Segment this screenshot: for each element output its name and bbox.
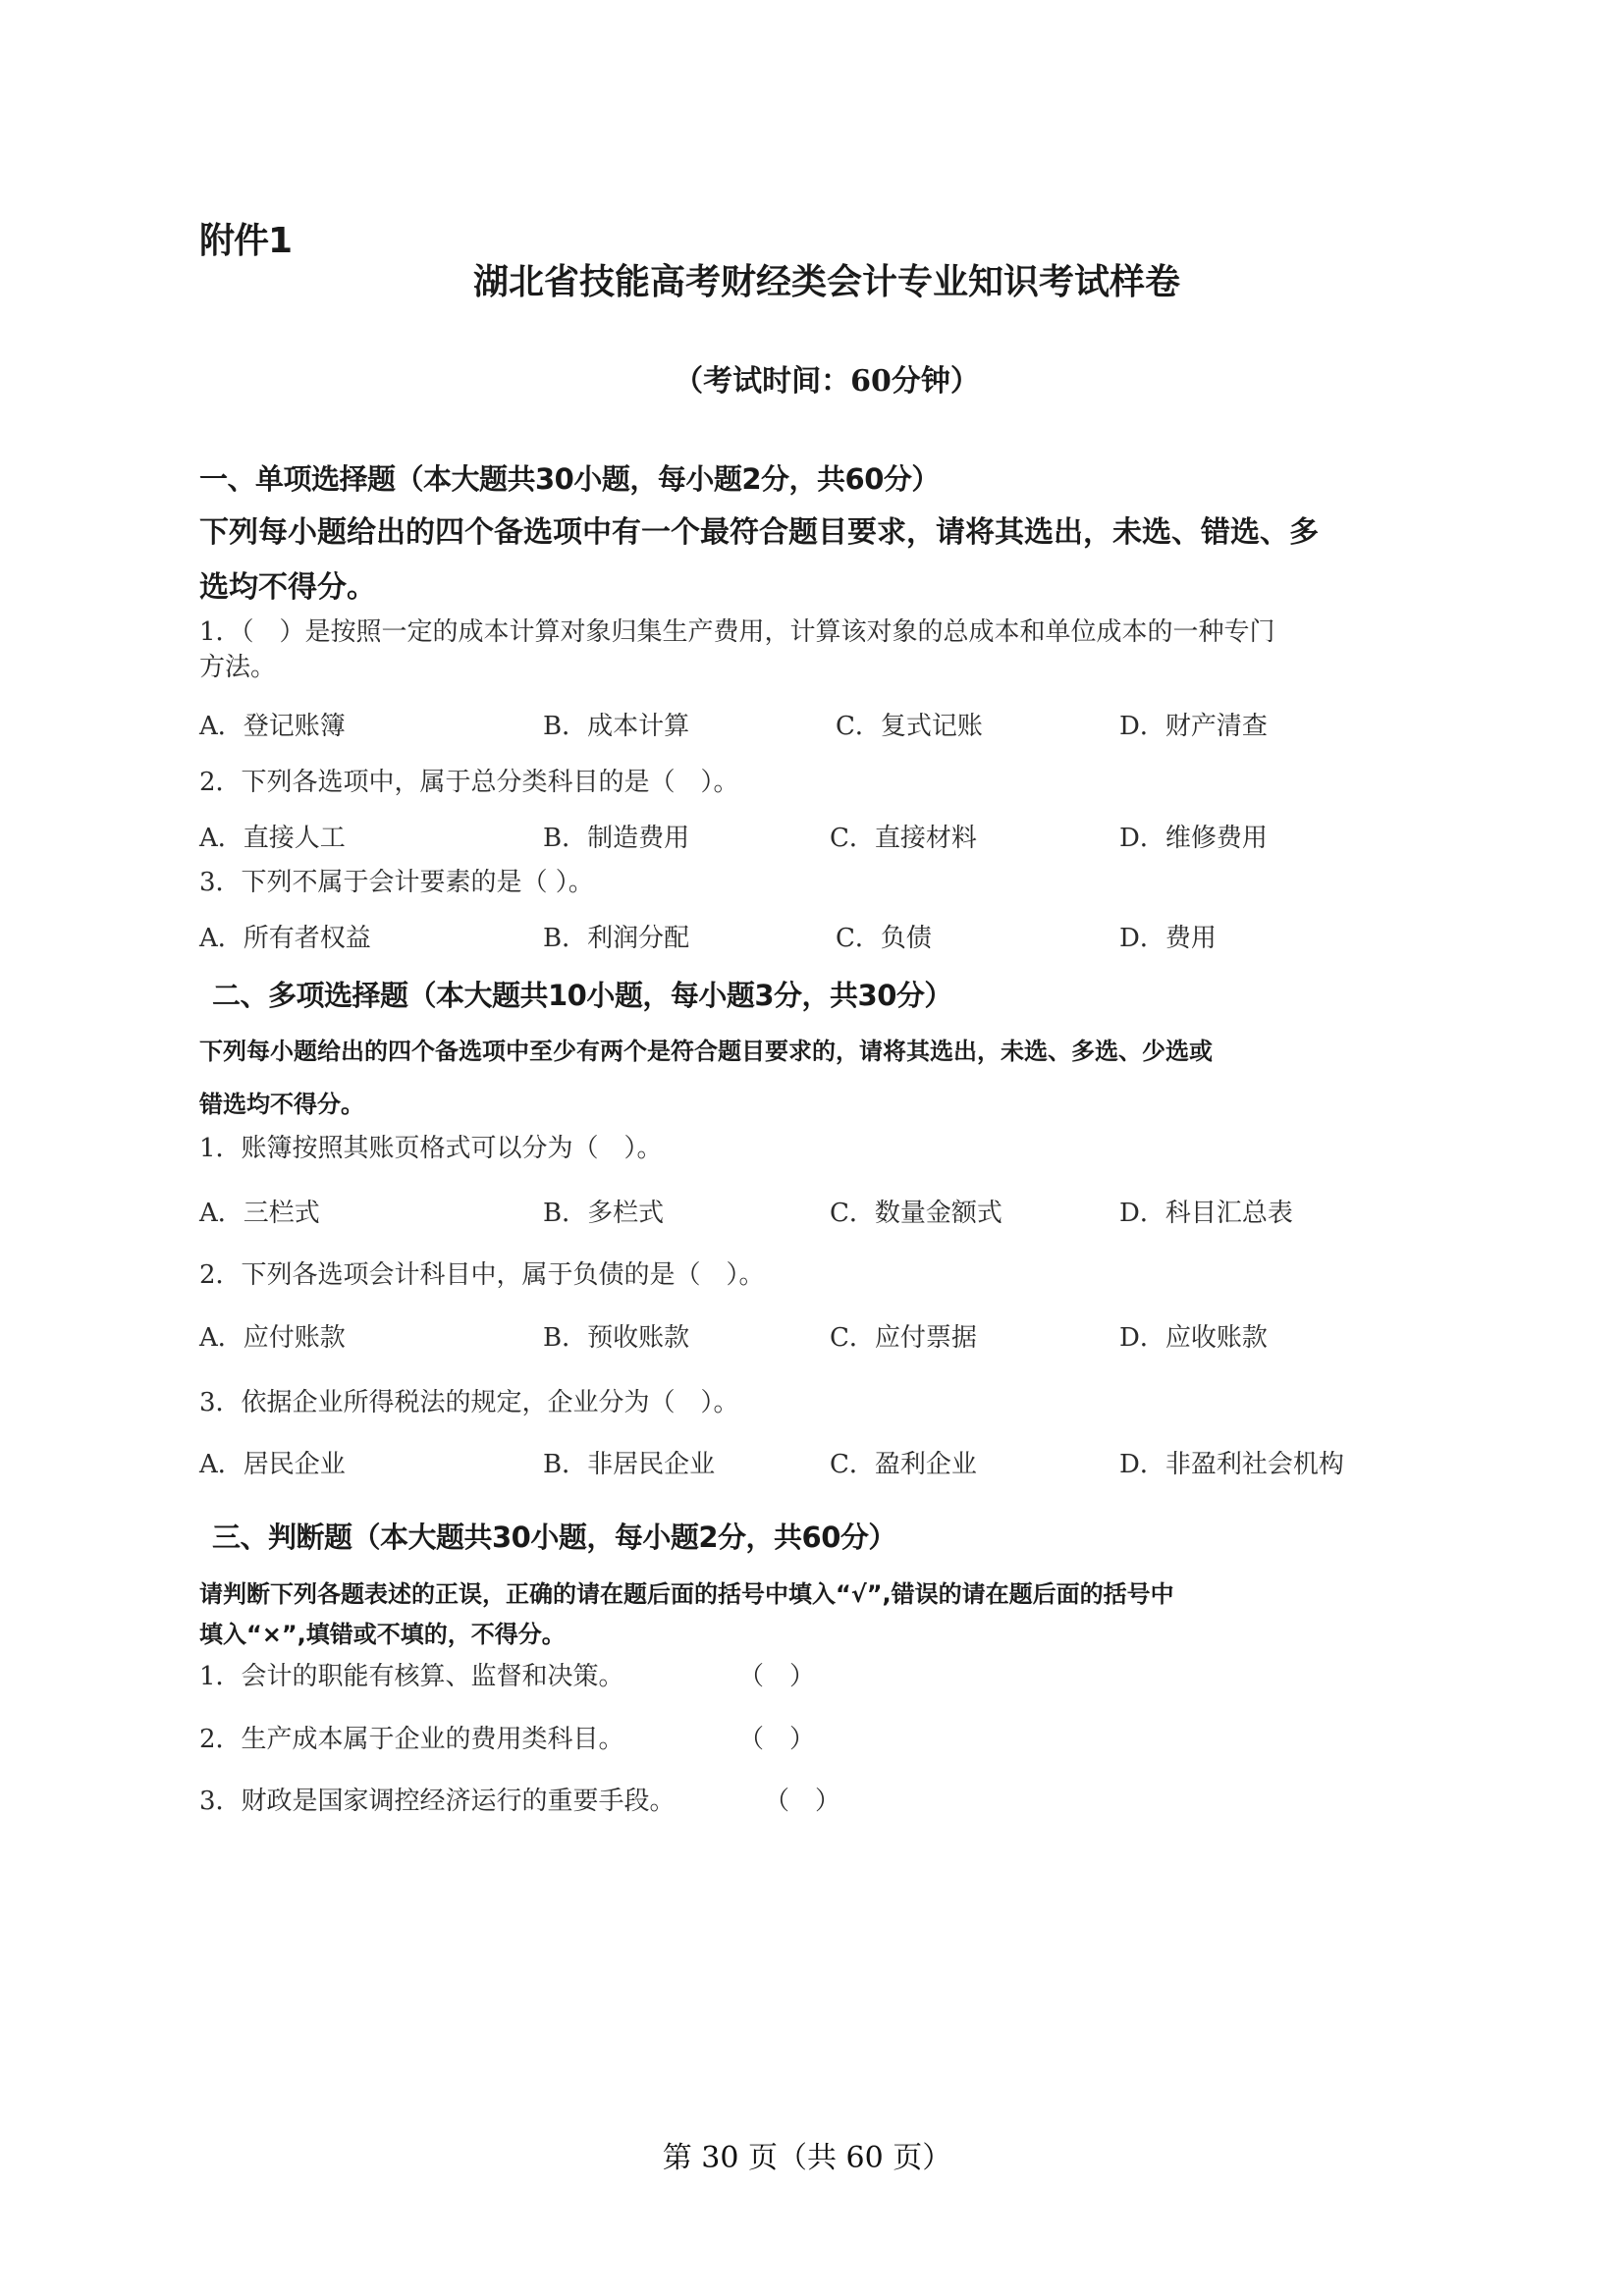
option-b: B．成本计算 [543,714,689,739]
page-title: 湖北省技能高考财经类会计专业知识考试样卷 [0,265,1624,300]
question-stem: 2．下列各选项中，属于总分类科目的是（ ）。 [199,770,739,795]
option-d: D．维修费用 [1119,826,1268,851]
page-footer: 第 30 页（共 60 页） [0,2144,1624,2173]
section-instructions: 请判断下列各题表述的正误，正确的请在题后面的括号中填入“√”,错误的请在题后面的… [199,1582,1174,1606]
section-instructions: 错选均不得分。 [199,1093,364,1116]
option-a: A．所有者权益 [199,926,371,951]
option-b: B．预收账款 [543,1325,689,1351]
section-heading: 一、单项选择题（本大题共30小题，每小题2分，共60分） [199,465,940,494]
option-b: B．多栏式 [543,1201,664,1226]
option-d: D．应收账款 [1119,1325,1268,1351]
answer-blank: （ ） [764,1789,840,1814]
option-c: C．负债 [836,926,932,951]
question-stem: 3．依据企业所得税法的规定，企业分为（ ）。 [199,1390,739,1415]
option-c: C．复式记账 [836,714,983,739]
option-c: C．应付票据 [830,1325,977,1351]
option-a: A．登记账簿 [199,714,346,739]
section-heading: 三、判断题（本大题共30小题，每小题2分，共60分） [212,1523,896,1552]
question-stem: 1．（ ）是按照一定的成本计算对象归集生产费用，计算该对象的总成本和单位成本的一… [199,619,1275,645]
option-c: C．直接材料 [830,826,977,851]
option-c: C．数量金额式 [830,1201,1002,1226]
section-instructions: 下列每小题给出的四个备选项中至少有两个是符合题目要求的，请将其选出，未选、多选、… [199,1040,1213,1063]
question-stem: 2．生产成本属于企业的费用类科目。 [199,1727,624,1752]
option-d: D．非盈利社会机构 [1119,1452,1344,1477]
section-instructions: 选均不得分。 [199,573,376,603]
option-a: A．三栏式 [199,1201,320,1226]
option-b: B．非居民企业 [543,1452,715,1477]
section-instructions: 填入“×”,填错或不填的，不得分。 [199,1623,566,1646]
option-b: B．制造费用 [543,826,689,851]
question-stem: 3．下列不属于会计要素的是（ ）。 [199,870,594,895]
answer-blank: （ ） [738,1664,815,1689]
attachment-label: 附件1 [199,224,292,259]
exam-time-text: （考试时间：60分钟） [674,364,980,399]
option-c: C．盈利企业 [830,1452,977,1477]
option-d: D．科目汇总表 [1119,1201,1293,1226]
option-b: B．利润分配 [543,926,689,951]
question-stem: 1．账簿按照其账页格式可以分为（ ）。 [199,1136,663,1161]
option-a: A．应付账款 [199,1325,346,1351]
question-stem: 方法。 [199,655,276,680]
question-stem: 3．财政是国家调控经济运行的重要手段。 [199,1789,676,1814]
question-stem: 1．会计的职能有核算、监督和决策。 [199,1664,624,1689]
section-instructions: 下列每小题给出的四个备选项中有一个最符合题目要求，请将其选出，未选、错选、多 [199,518,1319,548]
option-a: A．直接人工 [199,826,346,851]
option-d: D．财产清查 [1119,714,1268,739]
section-heading: 二、多项选择题（本大题共10小题，每小题3分，共30分） [212,982,952,1010]
option-a: A．居民企业 [199,1452,346,1477]
question-stem: 2．下列各选项会计科目中，属于负债的是（ ）。 [199,1262,765,1288]
page-indicator: 第 30 页（共 60 页） [663,2141,952,2175]
answer-blank: （ ） [738,1727,815,1752]
page-title-text: 湖北省技能高考财经类会计专业知识考试样卷 [473,262,1180,302]
option-d: D．费用 [1119,926,1217,951]
exam-time: （考试时间：60分钟） [0,367,1624,397]
